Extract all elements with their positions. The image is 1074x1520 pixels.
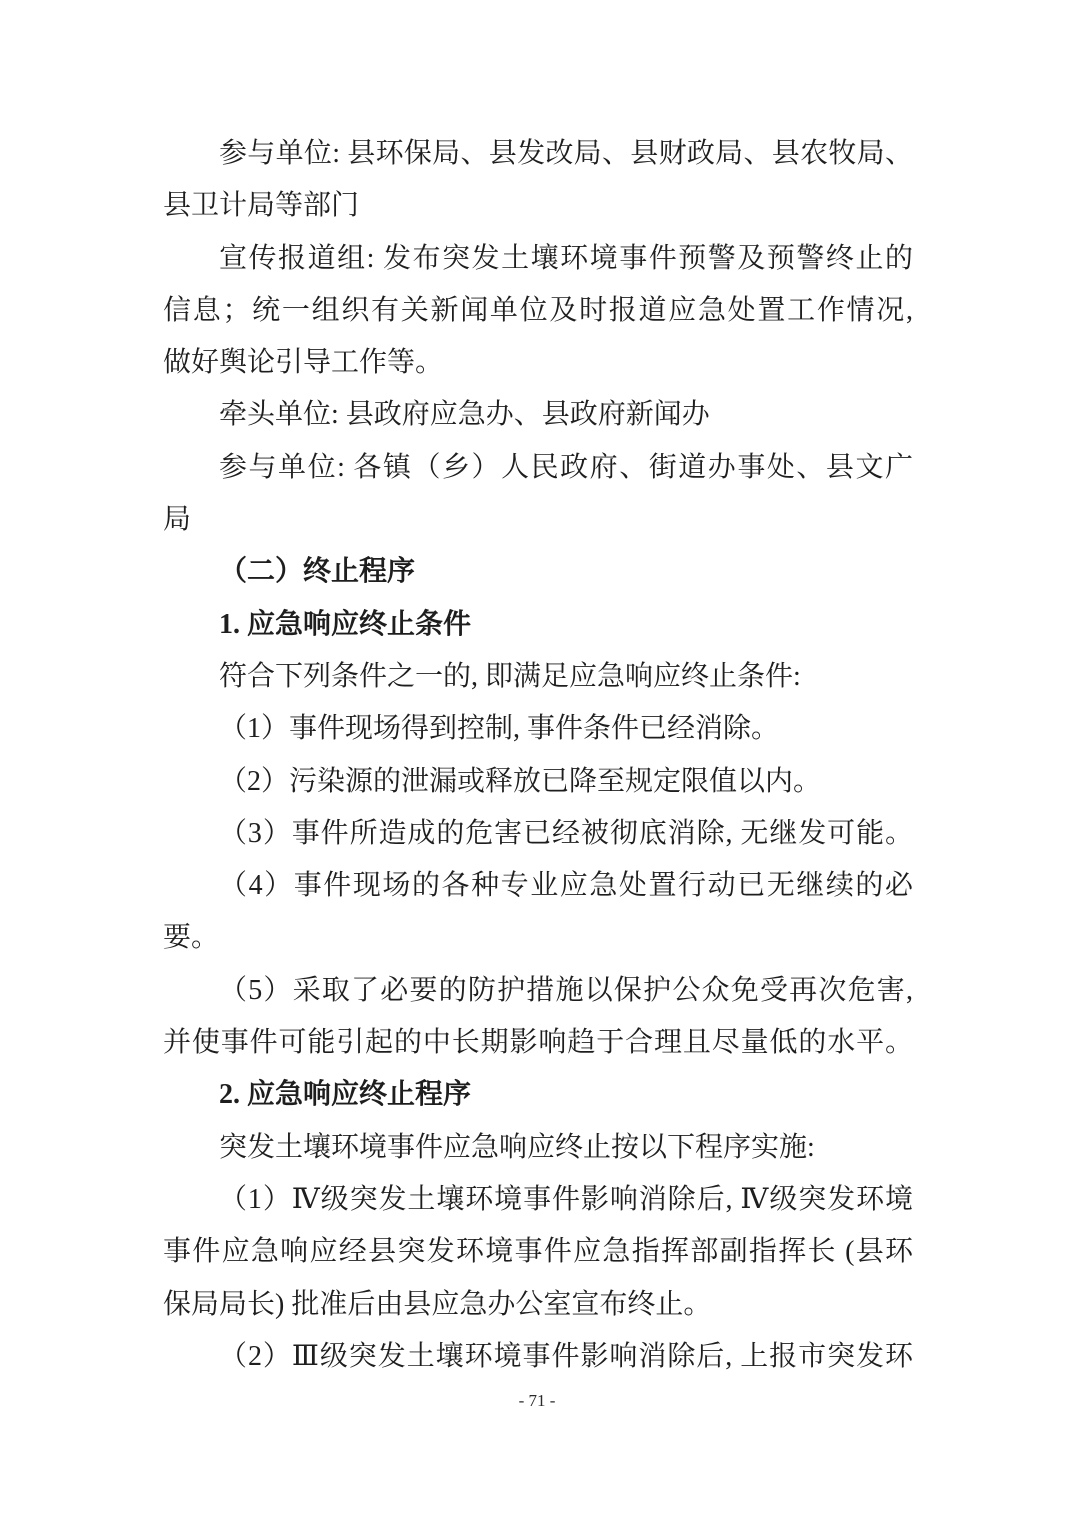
- section-heading-termination-procedure: （二）终止程序: [163, 546, 913, 598]
- doc-line: 局: [163, 494, 913, 546]
- doc-line: （3）事件所造成的危害已经被彻底消除, 无继发可能。: [163, 808, 913, 860]
- document-page: 参与单位: 县环保局、县发改局、县财政局、县农牧局、 县卫计局等部门 宣传报道组…: [0, 0, 1074, 1520]
- doc-line: 参与单位: 县环保局、县发改局、县财政局、县农牧局、: [163, 128, 913, 180]
- doc-line: （1）事件现场得到控制, 事件条件已经消除。: [163, 703, 913, 755]
- subsection-heading-termination-steps: 2. 应急响应终止程序: [163, 1069, 913, 1121]
- doc-line: （5）采取了必要的防护措施以保护公众免受再次危害,: [163, 965, 913, 1017]
- subsection-heading-termination-conditions: 1. 应急响应终止条件: [163, 599, 913, 651]
- document-body: 参与单位: 县环保局、县发改局、县财政局、县农牧局、 县卫计局等部门 宣传报道组…: [0, 0, 1074, 1383]
- doc-line: 要。: [163, 912, 913, 964]
- doc-line: 事件应急响应经县突发环境事件应急指挥部副指挥长 (县环: [163, 1226, 913, 1278]
- doc-line: 突发土壤环境事件应急响应终止按以下程序实施:: [163, 1122, 913, 1174]
- doc-line: 县卫计局等部门: [163, 180, 913, 232]
- doc-line: 牵头单位: 县政府应急办、县政府新闻办: [163, 389, 913, 441]
- doc-line: （2）Ⅲ级突发土壤环境事件影响消除后, 上报市突发环: [163, 1331, 913, 1383]
- doc-line: 并使事件可能引起的中长期影响趋于合理且尽量低的水平。: [163, 1017, 913, 1069]
- doc-line: 符合下列条件之一的, 即满足应急响应终止条件:: [163, 651, 913, 703]
- page-number: - 71 -: [0, 1390, 1074, 1412]
- doc-line: 做好舆论引导工作等。: [163, 337, 913, 389]
- doc-line: 保局局长) 批准后由县应急办公室宣布终止。: [163, 1279, 913, 1331]
- doc-line: （2）污染源的泄漏或释放已降至规定限值以内。: [163, 756, 913, 808]
- doc-line: （4）事件现场的各种专业应急处置行动已无继续的必: [163, 860, 913, 912]
- doc-line: 参与单位: 各镇（乡）人民政府、街道办事处、县文广: [163, 442, 913, 494]
- doc-line: 宣传报道组: 发布突发土壤环境事件预警及预警终止的: [163, 233, 913, 285]
- doc-line: （1）Ⅳ级突发土壤环境事件影响消除后, Ⅳ级突发环境: [163, 1174, 913, 1226]
- doc-line: 信息；统一组织有关新闻单位及时报道应急处置工作情况,: [163, 285, 913, 337]
